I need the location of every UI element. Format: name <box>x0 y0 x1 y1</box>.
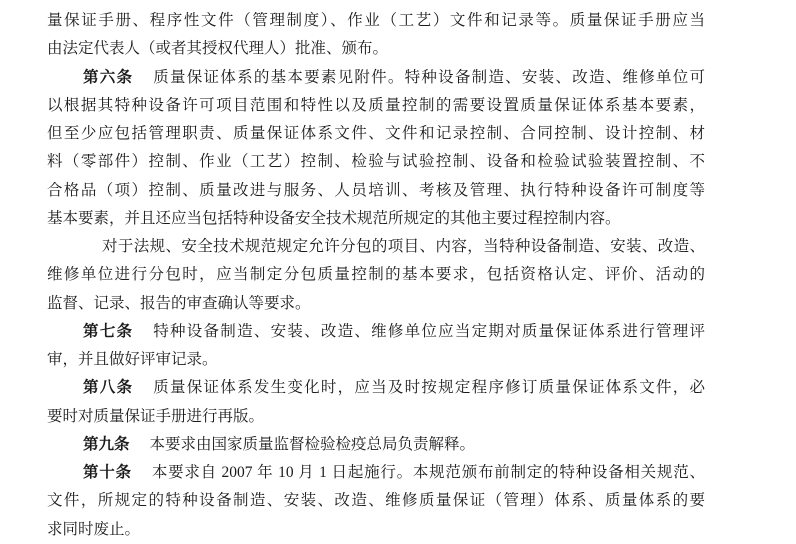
line-text: 但至少应包括管理职责、质量保证体系文件、文件和记录控制、合同控制、设计控制、材 <box>47 125 705 142</box>
article-number: 第十条 <box>83 464 132 481</box>
document-line: 审，并且做好评审记录。 <box>47 346 705 374</box>
document-line: 基本要素，并且还应当包括特种设备安全技术规范所规定的其他主要过程控制内容。 <box>47 205 705 233</box>
document-line: 由法定代表人（或者其授权代理人）批准、颁布。 <box>47 35 705 63</box>
document-line: 求同时废止。 <box>47 516 705 544</box>
document-line-article-8: 第八条质量保证体系发生变化时，应当及时按规定程序修订质量保证体系文件，必 <box>47 374 705 402</box>
line-text: 求同时废止。 <box>47 521 140 538</box>
document-line: 要时对质量保证手册进行再版。 <box>47 403 705 431</box>
article-number: 第七条 <box>83 323 133 340</box>
line-text: 特种设备制造、安装、改造、维修单位应当定期对质量保证体系进行管理评 <box>153 323 705 340</box>
line-text: 料（零部件）控制、作业（工艺）控制、检验与试验控制、设备和检验试验装置控制、不 <box>47 153 705 170</box>
document-line: 但至少应包括管理职责、质量保证体系文件、文件和记录控制、合同控制、设计控制、材 <box>47 120 705 148</box>
document-line: 监督、记录、报告的审查确认等要求。 <box>47 290 705 318</box>
article-number: 第九条 <box>83 436 130 453</box>
line-text: 维修单位进行分包时，应当制定分包质量控制的基本要求，包括资格认定、评价、活动的 <box>47 266 705 283</box>
document-line-article-9: 第九条本要求由国家质量监督检验检疫总局负责解释。 <box>47 431 705 459</box>
line-text: 由法定代表人（或者其授权代理人）批准、颁布。 <box>47 40 388 57</box>
line-text: 对于法规、安全技术规范规定允许分包的项目、内容，当特种设备制造、安装、改造、 <box>102 238 705 255</box>
document-text-block: 量保证手册、程序性文件（管理制度）、作业（工艺）文件和记录等。质量保证手册应当 … <box>47 7 705 544</box>
line-text: 监督、记录、报告的审查确认等要求。 <box>47 295 311 312</box>
line-text: 审，并且做好评审记录。 <box>47 351 218 368</box>
line-text: 量保证手册、程序性文件（管理制度）、作业（工艺）文件和记录等。质量保证手册应当 <box>47 12 705 29</box>
document-line: 对于法规、安全技术规范规定允许分包的项目、内容，当特种设备制造、安装、改造、 <box>47 233 705 261</box>
document-page: 量保证手册、程序性文件（管理制度）、作业（工艺）文件和记录等。质量保证手册应当 … <box>0 0 796 544</box>
document-line: 文件，所规定的特种设备制造、安装、改造、维修质量保证（管理）体系、质量体系的要 <box>47 487 705 515</box>
document-line: 维修单位进行分包时，应当制定分包质量控制的基本要求，包括资格认定、评价、活动的 <box>47 261 705 289</box>
document-line: 料（零部件）控制、作业（工艺）控制、检验与试验控制、设备和检验试验装置控制、不 <box>47 148 705 176</box>
document-line: 量保证手册、程序性文件（管理制度）、作业（工艺）文件和记录等。质量保证手册应当 <box>47 7 705 35</box>
document-line-article-10: 第十条本要求自 2007 年 10 月 1 日起施行。本规范颁布前制定的特种设备… <box>47 459 705 487</box>
article-number: 第六条 <box>83 69 133 86</box>
line-text: 质量保证体系发生变化时，应当及时按规定程序修订质量保证体系文件，必 <box>153 379 705 396</box>
article-number: 第八条 <box>83 379 133 396</box>
line-text: 文件，所规定的特种设备制造、安装、改造、维修质量保证（管理）体系、质量体系的要 <box>47 492 705 509</box>
document-line-article-7: 第七条特种设备制造、安装、改造、维修单位应当定期对质量保证体系进行管理评 <box>47 318 705 346</box>
document-line: 合格品（项）控制、质量改进与服务、人员培训、考核及管理、执行特种设备许可制度等 <box>47 177 705 205</box>
line-text: 本要求自 2007 年 10 月 1 日起施行。本规范颁布前制定的特种设备相关规… <box>152 464 705 481</box>
line-text: 基本要素，并且还应当包括特种设备安全技术规范所规定的其他主要过程控制内容。 <box>47 210 621 227</box>
document-line: 以根据其特种设备许可项目范围和特性以及质量控制的需要设置质量保证体系基本要素， <box>47 92 705 120</box>
line-text: 本要求由国家质量监督检验检疫总局负责解释。 <box>150 436 476 453</box>
line-text: 合格品（项）控制、质量改进与服务、人员培训、考核及管理、执行特种设备许可制度等 <box>47 182 705 199</box>
line-text: 质量保证体系的基本要素见附件。特种设备制造、安装、改造、维修单位可 <box>153 69 705 86</box>
line-text: 以根据其特种设备许可项目范围和特性以及质量控制的需要设置质量保证体系基本要素， <box>47 97 705 114</box>
line-text: 要时对质量保证手册进行再版。 <box>47 408 264 425</box>
document-line-article-6: 第六条质量保证体系的基本要素见附件。特种设备制造、安装、改造、维修单位可 <box>47 64 705 92</box>
